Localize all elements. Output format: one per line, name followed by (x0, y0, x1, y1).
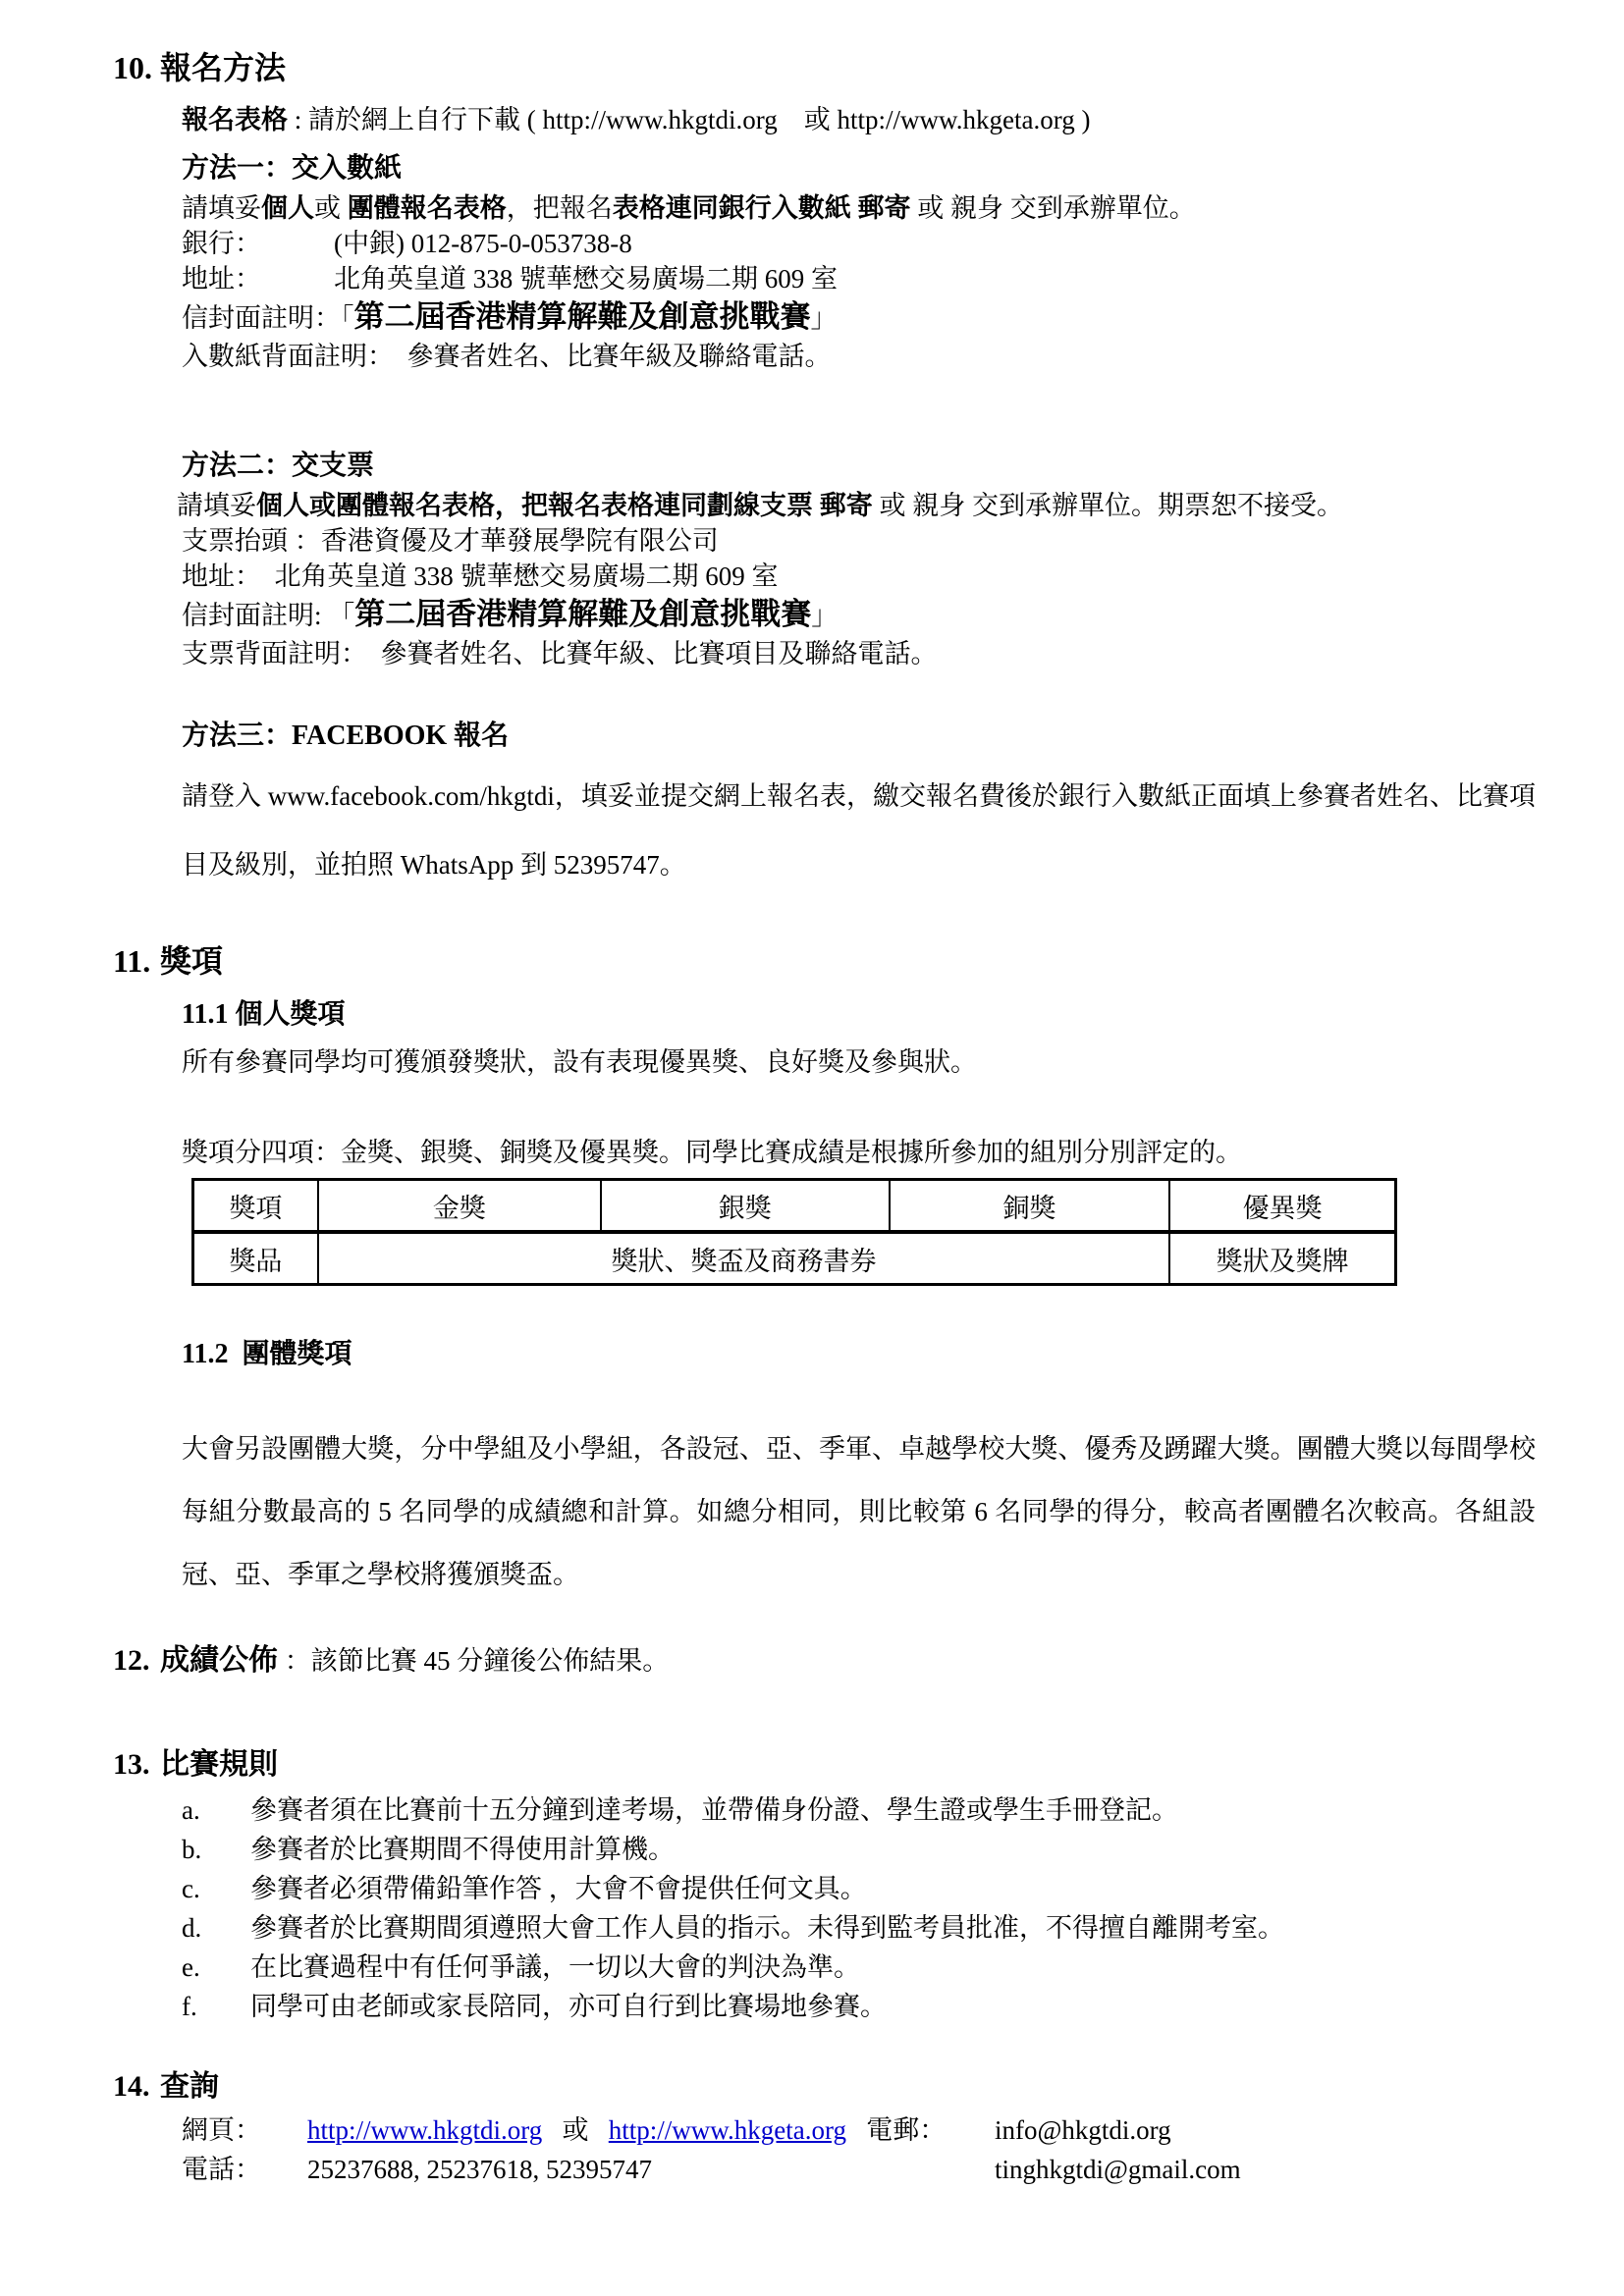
section-13-number: 13. (113, 1748, 160, 1782)
bank-value: (中銀) 012-875-0-053738-8 (334, 229, 632, 258)
or-text: 或 (563, 2115, 589, 2145)
bank-line: 銀行：(中銀) 012-875-0-053738-8 (182, 226, 1536, 261)
section-12-title: 成績公佈 (160, 1644, 278, 1677)
rule-item-e: e.在比賽過程中有任何爭議，一切以大會的判決為準。 (182, 1948, 1536, 1987)
rule-letter-b: b. (182, 1830, 250, 1869)
rule-text-a: 參賽者須在比賽前十五分鐘到達考場，並帶備身份證、學生證或學生手冊登記。 (250, 1790, 1178, 1830)
rule-item-b: b.參賽者於比賽期間不得使用計算機。 (182, 1830, 1536, 1869)
awards-header-category: 獎項 (193, 1180, 318, 1233)
method-2-title: 方法二：交支票 (182, 449, 1536, 484)
section-11-2-heading: 11.2 團體獎項 (182, 1337, 1536, 1372)
section-13-title: 比賽規則 (160, 1739, 278, 1783)
awards-table-prize-row: 獎品 獎狀、獎盃及商務書券 獎狀及獎牌 (193, 1232, 1396, 1285)
payslip-back-note: 入數紙背面註明： 參賽者姓名、比賽年級及聯絡電話。 (182, 339, 1536, 374)
section-11-title: 獎項 (160, 936, 223, 982)
rule-text-f: 同學可由老師或家長陪同，亦可自行到比賽場地參賽。 (250, 1987, 887, 2026)
competition-name-2: 第二屆香港精算解難及創意挑戰賽 (354, 597, 811, 631)
awards-header-bronze: 銅獎 (890, 1180, 1169, 1233)
prize-last-value: 獎狀及獎牌 (1169, 1232, 1395, 1285)
individual-awards-paragraph: 所有參賽同學均可獲頒發獎狀，設有表現優異獎、良好獎及參與狀。 (182, 1044, 1536, 1080)
rule-letter-f: f. (182, 1987, 250, 2026)
form-rest: : 請於網上自行下載 ( http://www.hkgtdi.org 或 htt… (288, 105, 1090, 134)
rule-text-c: 參賽者必須帶備鉛筆作答 ，大會不會提供任何文具。 (250, 1869, 867, 1908)
address-line-1: 地址：北角英皇道 338 號華懋交易廣場二期 609 室 (182, 261, 1536, 296)
rule-text-e: 在比賽過程中有任何爭議，一切以大會的判決為準。 (250, 1948, 860, 1987)
m1-seg-3: 團體報名表格 (348, 193, 507, 223)
email2-value: tinghkgtdi@gmail.com (995, 2150, 1241, 2189)
web-links: http://www.hkgtdi.org 或 http://www.hkget… (307, 2110, 995, 2150)
envelope-close-1: 」 (811, 303, 838, 333)
hkgeta-link[interactable]: http://www.hkgeta.org (609, 2115, 846, 2145)
m1-seg-0: 請填妥 (182, 193, 261, 223)
prize-row-label: 獎品 (193, 1232, 318, 1285)
section-12-heading: 12. 成績公佈 ：該節比賽 45 分鐘後公佈結果。 (113, 1635, 1536, 1679)
envelope-open-2: 信封面註明: 「 (182, 601, 354, 630)
rule-item-d: d.參賽者於比賽期間須遵照大會工作人員的指示。未得到監考員批准，不得擅自離開考室… (182, 1908, 1536, 1948)
prize-span-value: 獎狀、獎盃及商務書券 (318, 1232, 1169, 1285)
section-11-heading: 11. 獎項 (113, 936, 1536, 982)
award-categories-paragraph: 獎項分四項：金獎、銀獎、銅獎及優異獎。同學比賽成績是根據所參加的組別分別評定的。 (182, 1135, 1536, 1170)
envelope-open-1: 信封面註明：「 (182, 303, 354, 333)
team-awards-paragraph: 大會另設團體大獎，分中學組及小學組，各設冠、亞、季軍、卓越學校大獎、優秀及踴躍大… (182, 1417, 1536, 1606)
hkgtdi-link[interactable]: http://www.hkgtdi.org (307, 2115, 542, 2145)
email-label: 電郵： (866, 2115, 946, 2145)
document-page: 10. 報名方法 報名表格 : 請於網上自行下載 ( http://www.hk… (0, 0, 1624, 2189)
method-3-title: 方法三：FACEBOOK 報名 (182, 719, 1536, 754)
section-10-heading: 10. 報名方法 (113, 43, 1536, 88)
address-value-1: 北角英皇道 338 號華懋交易廣場二期 609 室 (334, 264, 838, 294)
m1-seg-1: 個人 (261, 193, 314, 223)
rule-letter-a: a. (182, 1790, 250, 1830)
m1-seg-4: ，把報名 (507, 193, 613, 223)
rule-text-b: 參賽者於比賽期間不得使用計算機。 (250, 1830, 675, 1869)
awards-header-silver: 銀獎 (601, 1180, 890, 1233)
form-label: 報名表格 (182, 105, 288, 134)
rule-item-a: a.參賽者須在比賽前十五分鐘到達考場，並帶備身份證、學生證或學生手冊登記。 (182, 1790, 1536, 1830)
m2-seg-bold: 個人或團體報名表格，把報名表格連同劃線支票 郵寄 (256, 491, 873, 520)
section-13-heading: 13. 比賽規則 (113, 1739, 1536, 1783)
rule-item-c: c.參賽者必須帶備鉛筆作答 ，大會不會提供任何文具。 (182, 1869, 1536, 1908)
rule-text-d: 參賽者於比賽期間須遵照大會工作人員的指示。未得到監考員批准，不得擅自離開考室。 (250, 1908, 1284, 1948)
envelope-close-2: 」 (811, 601, 838, 630)
section-14-number: 14. (113, 2070, 160, 2104)
section-12-rest: ：該節比賽 45 分鐘後公佈結果。 (278, 1646, 669, 1676)
awards-header-gold: 金獎 (318, 1180, 601, 1233)
section-10-number: 10. (113, 50, 160, 86)
m2-seg-pre: 請填妥 (177, 491, 256, 520)
rule-letter-c: c. (182, 1869, 250, 1908)
enquiry-web-row: 網頁： http://www.hkgtdi.org 或 http://www.h… (182, 2110, 1536, 2150)
rule-letter-e: e. (182, 1948, 250, 1987)
section-11-number: 11. (113, 943, 160, 980)
enquiry-phone-row: 電話： 25237688, 25237618, 52395747 tinghkg… (182, 2150, 1536, 2189)
section-11-1-heading: 11.1 個人獎項 (182, 997, 1536, 1033)
cheque-payee-line: 支票抬頭 ：香港資優及才華發展學院有限公司 (182, 523, 1536, 559)
section-14-heading: 14. 查詢 (113, 2061, 1536, 2105)
registration-form-line: 報名表格 : 請於網上自行下載 ( http://www.hkgtdi.org … (182, 102, 1536, 137)
competition-name-1: 第二屆香港精算解難及創意挑戰賽 (354, 299, 811, 334)
section-12-number: 12. (113, 1644, 160, 1678)
rules-list: a.參賽者須在比賽前十五分鐘到達考場，並帶備身份證、學生證或學生手冊登記。 b.… (182, 1790, 1536, 2026)
awards-table-header-row: 獎項 金獎 銀獎 銅獎 優異獎 (193, 1180, 1396, 1233)
rule-letter-d: d. (182, 1908, 250, 1948)
method-1-paragraph: 請填妥個人或 團體報名表格，把報名表格連同銀行入數紙 郵寄 或 親身 交到承辦單… (182, 190, 1536, 226)
phone-value: 25237688, 25237618, 52395747 (307, 2150, 995, 2189)
phone-label: 電話： (182, 2150, 307, 2189)
m1-seg-5: 表格連同銀行入數紙 郵寄 (613, 193, 911, 223)
section-12-line: 成績公佈 ：該節比賽 45 分鐘後公佈結果。 (160, 1635, 669, 1679)
method-1-title: 方法一：交入數紙 (182, 151, 1536, 187)
awards-table: 獎項 金獎 銀獎 銅獎 優異獎 獎品 獎狀、獎盃及商務書券 獎狀及獎牌 (191, 1178, 1397, 1286)
envelope-note-1: 信封面註明：「第二屆香港精算解難及創意挑戰賽」 (182, 296, 1536, 339)
m1-seg-2: 或 (314, 193, 348, 223)
address-label-1: 地址： (182, 261, 334, 296)
section-10-title: 報名方法 (160, 43, 286, 88)
cheque-back-note: 支票背面註明： 參賽者姓名、比賽年級、比賽項目及聯絡電話。 (182, 636, 1536, 671)
rule-item-f: f.同學可由老師或家長陪同，亦可自行到比賽場地參賽。 (182, 1987, 1536, 2026)
section-11-2-title: 團體獎項 (242, 1339, 352, 1369)
awards-header-merit: 優異獎 (1169, 1180, 1395, 1233)
web-label: 網頁： (182, 2110, 307, 2150)
address-line-2: 地址： 北角英皇道 338 號華懋交易廣場二期 609 室 (182, 559, 1536, 594)
m1-seg-6: 或 親身 交到承辦單位。 (911, 193, 1196, 223)
section-11-1-number: 11.1 (182, 999, 228, 1030)
section-11-2-number: 11.2 (182, 1339, 228, 1369)
bank-label: 銀行： (182, 226, 334, 261)
method-3-paragraph: 請登入 www.facebook.com/hkgtdi，填妥並提交網上報名表，繳… (182, 762, 1536, 899)
section-14-title: 查詢 (160, 2061, 219, 2105)
section-11-1-title: 個人獎項 (235, 999, 345, 1030)
method-2-paragraph: 請填妥個人或團體報名表格，把報名表格連同劃線支票 郵寄 或 親身 交到承辦單位。… (177, 488, 1536, 523)
envelope-note-2: 信封面註明: 「第二屆香港精算解難及創意挑戰賽」 (182, 594, 1536, 636)
m2-seg-post: 或 親身 交到承辦單位。期票恕不接受。 (873, 491, 1343, 520)
email-value: info@hkgtdi.org (995, 2110, 1171, 2150)
